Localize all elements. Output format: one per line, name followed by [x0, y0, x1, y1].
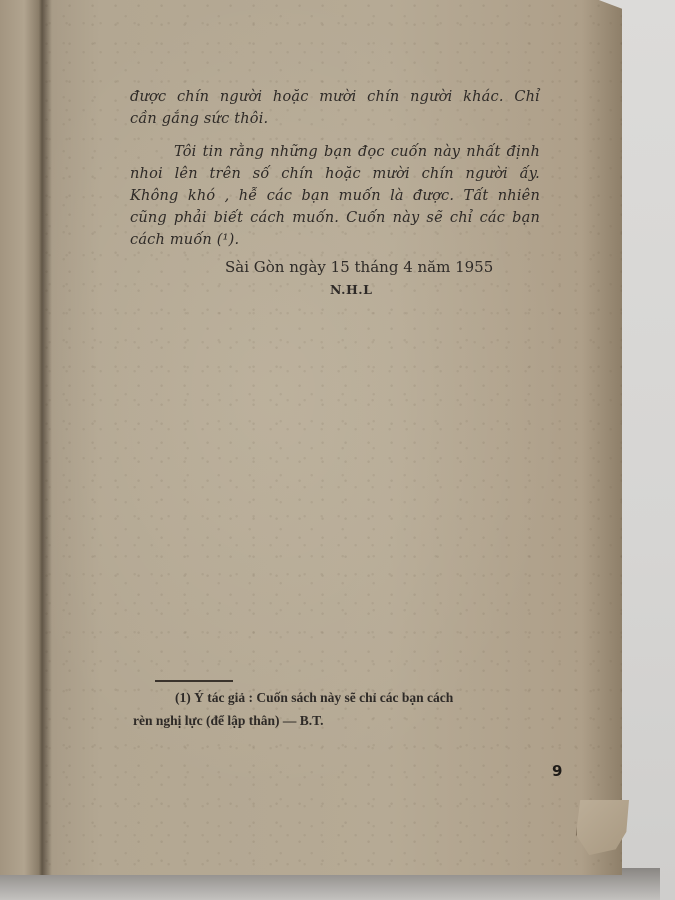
text-line: cần gắng sức thôi.: [130, 108, 540, 130]
footnote-rule: [155, 680, 233, 682]
text-line: nhoi lên trên số chín hoặc mười chín ngư…: [130, 163, 540, 185]
footnote-line-2: rèn nghị lực (để lập thân) — B.T.: [133, 713, 324, 729]
text-line: cách muốn (¹).: [130, 229, 540, 251]
book-page: [42, 0, 622, 875]
author-signature: N.H.L: [330, 282, 372, 297]
left-page-edge: [0, 0, 44, 875]
gutter-shadow: [42, 0, 52, 875]
dateline: Sài Gòn ngày 15 tháng 4 năm 1955: [225, 258, 493, 276]
text-line: Không khó , hễ các bạn muốn là được. Tất…: [130, 185, 540, 207]
paragraph-2: Tôi tin rằng những bạn đọc cuốn này nhất…: [130, 141, 540, 251]
text-line: Tôi tin rằng những bạn đọc cuốn này nhất…: [130, 141, 540, 163]
text-line: được chín người hoặc mười chín người khá…: [130, 86, 540, 108]
text-line: cũng phải biết cách muốn. Cuốn này sẽ ch…: [130, 207, 540, 229]
paragraph-1: được chín người hoặc mười chín người khá…: [130, 86, 540, 130]
page-number: 9: [552, 762, 562, 780]
footnote-line-1: (1) Ý tác giả : Cuốn sách này sẽ chỉ các…: [175, 690, 453, 706]
